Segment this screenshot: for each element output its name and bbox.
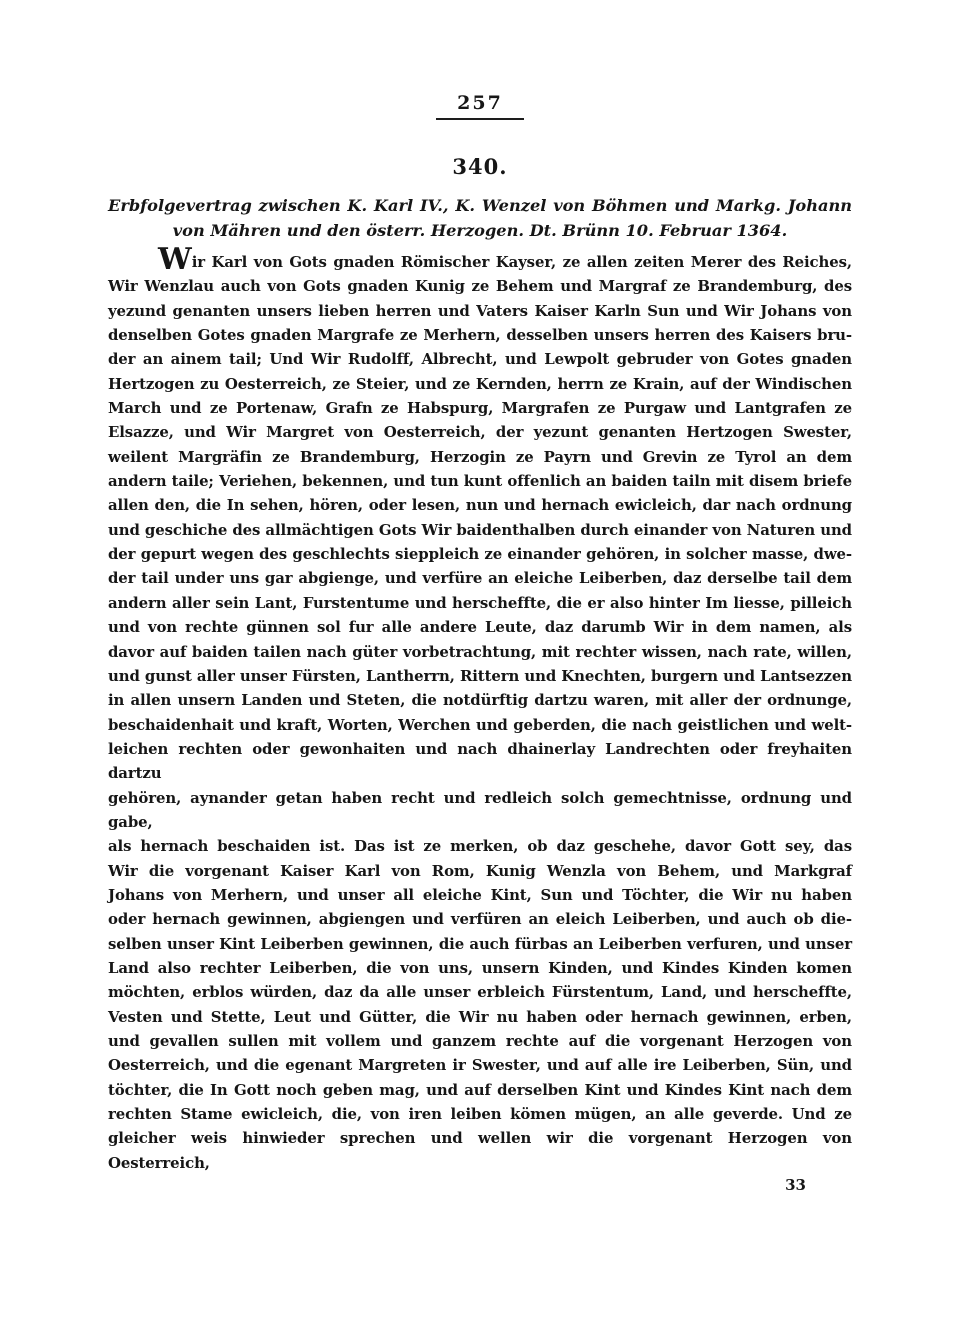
body-line: beschaidenhait und kraft, Worten, Werche… bbox=[108, 713, 852, 737]
body-line: rechten Stame ewicleich, die, von iren l… bbox=[108, 1102, 852, 1126]
body-line: Wir die vorgenant Kaiser Karl von Rom, K… bbox=[108, 859, 852, 883]
body-line: oder hernach gewinnen, abgiengen und ver… bbox=[108, 907, 852, 931]
body-line: andern taile; Veriehen, bekennen, und tu… bbox=[108, 469, 852, 493]
body-line: davor auf baiden tailen nach güter vorbe… bbox=[108, 640, 852, 664]
body-line: möchten, erblos würden, daz da alle unse… bbox=[108, 980, 852, 1004]
body-line: und gunst aller unser Fürsten, Lantherrn… bbox=[108, 664, 852, 688]
body-line: Vesten und Stette, Leut und Gütter, die … bbox=[108, 1005, 852, 1029]
body-line: gleicher weis hinwieder sprechen und wel… bbox=[108, 1126, 852, 1175]
body-line: als hernach beschaiden ist. Das ist ze m… bbox=[108, 834, 852, 858]
body-text: Wir Karl von Gots gnaden Römischer Kayse… bbox=[108, 250, 852, 1175]
body-line: Wir Wenzlau auch von Gots gnaden Kunig z… bbox=[108, 274, 852, 298]
body-first-line-text: ir Karl von Gots gnaden Römischer Kayser… bbox=[192, 253, 852, 271]
body-line: weilent Margräfin ze Brandemburg, Herzog… bbox=[108, 445, 852, 469]
drop-cap-initial: W bbox=[158, 242, 192, 277]
body-line: und geschiche des allmächtigen Gots Wir … bbox=[108, 518, 852, 542]
page-number-rule bbox=[436, 118, 524, 120]
body-line: töchter, die In Gott noch geben mag, und… bbox=[108, 1078, 852, 1102]
body-line: yezund genanten unsers lieben herren und… bbox=[108, 299, 852, 323]
body-line: Elsazze, und Wir Margret von Oesterreich… bbox=[108, 420, 852, 444]
body-line: allen den, die In sehen, hören, oder les… bbox=[108, 493, 852, 517]
body-line: Land also rechter Leiberben, die von uns… bbox=[108, 956, 852, 980]
body-line: March und ze Portenaw, Grafn ze Habspurg… bbox=[108, 396, 852, 420]
sheet-signature-mark: 33 bbox=[108, 1176, 852, 1194]
page-number-block: 257 bbox=[0, 0, 960, 120]
body-line: Hertzogen zu Oesterreich, ze Steier, und… bbox=[108, 372, 852, 396]
body-line: Oesterreich, und die egenant Margreten i… bbox=[108, 1053, 852, 1077]
body-line: leichen rechten oder gewonhaiten und nac… bbox=[108, 737, 852, 786]
document-heading: Erbfolgevertrag zwischen K. Karl IV., K.… bbox=[108, 193, 852, 243]
page-number: 257 bbox=[457, 92, 503, 114]
heading-line-1: Erbfolgevertrag zwischen K. Karl IV., K.… bbox=[108, 193, 852, 218]
body-line: der an ainem tail; Und Wir Rudolff, Albr… bbox=[108, 347, 852, 371]
body-line: selben unser Kint Leiberben gewinnen, di… bbox=[108, 932, 852, 956]
body-line: und von rechte günnen sol fur alle ander… bbox=[108, 615, 852, 639]
body-line: andern aller sein Lant, Furstentume und … bbox=[108, 591, 852, 615]
body-line: denselben Gotes gnaden Margrafe ze Merhe… bbox=[108, 323, 852, 347]
document-page: 257 340. Erbfolgevertrag zwischen K. Kar… bbox=[0, 0, 960, 1317]
body-line: Johans von Merhern, und unser all eleich… bbox=[108, 883, 852, 907]
body-line: der tail under uns gar abgienge, und ver… bbox=[108, 566, 852, 590]
body-line: gehören, aynander getan haben recht und … bbox=[108, 786, 852, 835]
heading-line-2: von Mähren und den österr. Herzogen. Dt.… bbox=[108, 218, 852, 243]
section-number: 340. bbox=[0, 154, 960, 179]
body-first-line: Wir Karl von Gots gnaden Römischer Kayse… bbox=[108, 250, 852, 274]
body-line: in allen unsern Landen und Steten, die n… bbox=[108, 688, 852, 712]
body-line: der gepurt wegen des geschlechts siepple… bbox=[108, 542, 852, 566]
body-line: und gevallen sullen mit vollem und ganze… bbox=[108, 1029, 852, 1053]
body-lines: Wir Wenzlau auch von Gots gnaden Kunig z… bbox=[108, 274, 852, 1175]
